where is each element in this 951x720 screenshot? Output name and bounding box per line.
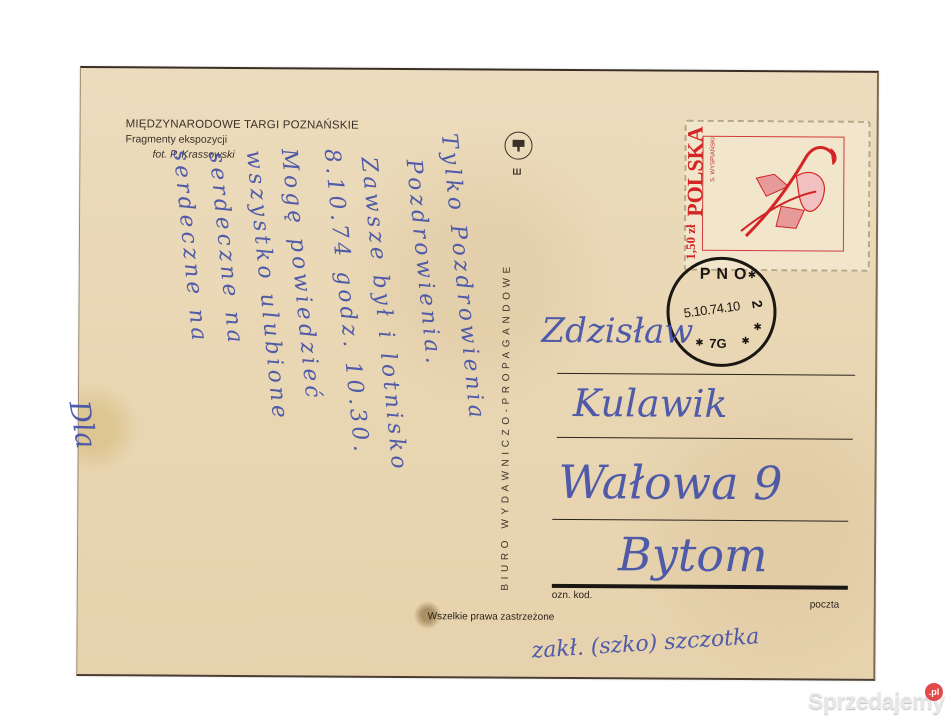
- stamp-artist: S. WYSPIAŃSKI: [710, 137, 716, 182]
- flower-illustration-icon: [726, 136, 847, 247]
- watermark-logo: Sprzedajemy: [808, 688, 944, 715]
- address-line: [552, 519, 848, 522]
- address-name: Zdzisław: [541, 311, 693, 352]
- stamp-value: 1,50 zł: [683, 224, 699, 259]
- watermark-badge: .pl: [925, 683, 943, 701]
- postmark-number: 2: [749, 299, 766, 309]
- postcard: MIĘDZYNARODOWE TARGI POZNAŃSKIE Fragment…: [76, 66, 879, 681]
- footer-handwriting: zakł. (szko) szczotka: [531, 624, 760, 663]
- address-line: [557, 373, 855, 376]
- postmark-top: PNO: [700, 266, 753, 284]
- rights-notice: Wszelkie prawa zastrzeżone: [428, 611, 555, 623]
- address-city: Bytom: [618, 527, 768, 582]
- signature: Dla: [62, 398, 103, 451]
- address-street: Wałowa 9: [558, 455, 782, 510]
- star-icon: ✱: [748, 270, 756, 281]
- star-icon: ✱: [695, 338, 703, 349]
- publisher-mark: Ш: [512, 167, 521, 177]
- postmark-bottom: 7G: [709, 336, 726, 351]
- stamp-country: POLSKA: [682, 126, 709, 217]
- postal-code-label: ozn. kod.: [552, 590, 593, 601]
- postcard-subtitle: Fragmenty ekspozycji: [126, 133, 228, 146]
- star-icon: ✱: [741, 336, 749, 347]
- postcard-title: MIĘDZYNARODOWE TARGI POZNAŃSKIE: [126, 118, 359, 131]
- postal-line: [552, 584, 848, 590]
- message-line: serdeczne na: [204, 151, 248, 348]
- post-office-label: poczta: [810, 599, 840, 610]
- address-line: [557, 437, 853, 440]
- star-icon: ✱: [753, 322, 761, 333]
- message-line: Tylko Pozdrowienia: [436, 132, 489, 423]
- publisher-name-vertical: BIURO WYDAWNICZO-PROPAGANDOWE: [500, 262, 513, 590]
- postage-stamp: POLSKA 1,50 zł S. WYSPIAŃSKI: [684, 120, 871, 272]
- address-surname: Kulawik: [573, 381, 728, 426]
- message-line: Pozdrowienia.: [401, 158, 446, 368]
- publisher-logo-icon: [504, 132, 532, 160]
